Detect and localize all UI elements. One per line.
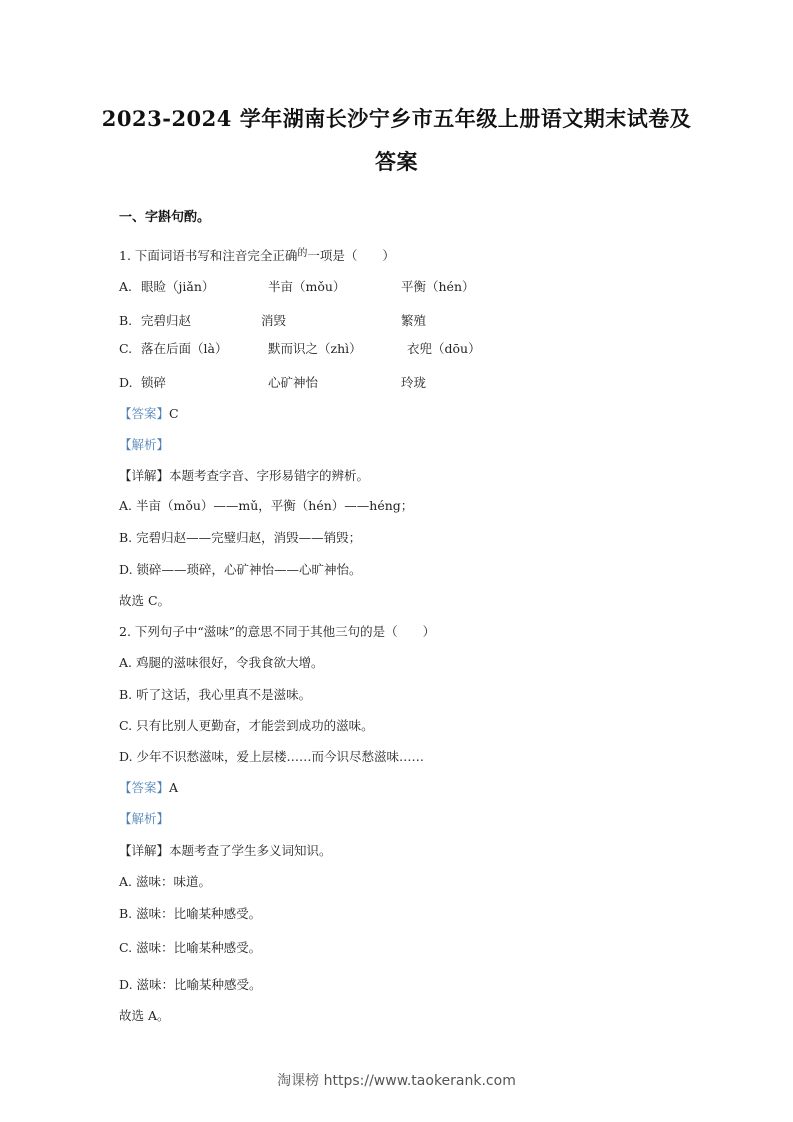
question-1-detail: 【详解】本题考查字音、字形易错字的辨析。 xyxy=(119,468,369,484)
section-heading: 一、字斟句酌。 xyxy=(119,210,210,226)
option-item: 完碧归赵 xyxy=(141,313,191,329)
option-item: 半亩（mǒu） xyxy=(268,279,345,295)
question-1-stem-tail: 一项是（ ） xyxy=(307,248,395,263)
question-2-option-c: C. 只有比别人更勤奋，才能尝到成功的滋味。 xyxy=(119,718,374,734)
question-2-analysis-tag: 【解析】 xyxy=(119,811,169,827)
option-label: C. xyxy=(119,341,132,357)
detail-tag: 【详解】 xyxy=(119,468,169,483)
option-item: 落在后面（là） xyxy=(141,341,227,357)
question-1-stem-text: 1. 下面词语书写和注音完全正确 xyxy=(119,248,297,263)
option-item: 心矿神怡 xyxy=(268,375,318,391)
question-2-stem: 2. 下列句子中“滋味”的意思不同于其他三句的是（ ） xyxy=(119,624,435,640)
answer-value: A xyxy=(169,780,178,795)
question-1-stem-sup: 的 xyxy=(297,248,307,259)
answer-value: C xyxy=(169,406,179,421)
option-item: 消毁 xyxy=(261,313,286,329)
answer-tag: 【答案】 xyxy=(119,406,169,421)
question-1-analysis-tag: 【解析】 xyxy=(119,437,169,453)
question-2-option-d: D. 少年不识愁滋味，爱上层楼……而今识尽愁滋味…… xyxy=(119,749,424,765)
detail-tag: 【详解】 xyxy=(119,843,169,858)
question-1-explanation-d: D. 锁碎——琐碎，心矿神怡——心旷神怡。 xyxy=(119,562,362,578)
document-title-line1: 2023-2024 学年湖南长沙宁乡市五年级上册语文期末试卷及 xyxy=(0,103,793,133)
document-title-line2: 答案 xyxy=(0,146,793,176)
detail-text: 本题考查了学生多义词知识。 xyxy=(169,843,332,858)
answer-tag: 【答案】 xyxy=(119,780,169,795)
option-item: 玲珑 xyxy=(401,375,426,391)
question-2-conclusion: 故选 A。 xyxy=(119,1008,170,1024)
detail-text: 本题考查字音、字形易错字的辨析。 xyxy=(169,468,369,483)
option-item: 繁殖 xyxy=(401,313,426,329)
option-label: D. xyxy=(119,375,133,391)
question-2-explanation-a: A. 滋味：味道。 xyxy=(119,874,211,890)
option-label: A. xyxy=(119,279,132,295)
option-item: 平衡（hén） xyxy=(401,279,475,295)
option-item: 眼睑（jiǎn） xyxy=(141,279,214,295)
option-item: 锁碎 xyxy=(141,375,166,391)
question-2-explanation-c: C. 滋味：比喻某种感受。 xyxy=(119,940,261,956)
question-2-explanation-b: B. 滋味：比喻某种感受。 xyxy=(119,906,261,922)
question-1-stem: 1. 下面词语书写和注音完全正确的一项是（ ） xyxy=(119,246,395,264)
option-label: B. xyxy=(119,313,132,329)
question-2-option-b: B. 听了这话，我心里真不是滋味。 xyxy=(119,687,311,703)
question-2-answer: 【答案】A xyxy=(119,780,178,796)
question-2-option-a: A. 鸡腿的滋味很好，令我食欲大增。 xyxy=(119,655,323,671)
question-1-explanation-b: B. 完碧归赵——完璧归赵，消毁——销毁； xyxy=(119,530,361,546)
question-1-answer: 【答案】C xyxy=(119,406,179,422)
question-1-explanation-a: A. 半亩（mǒu）——mǔ，平衡（hén）——héng； xyxy=(119,498,413,514)
option-item: 衣兜（dōu） xyxy=(407,341,481,357)
question-1-conclusion: 故选 C。 xyxy=(119,593,170,609)
question-2-detail: 【详解】本题考查了学生多义词知识。 xyxy=(119,843,332,859)
footer-watermark: 淘课榜 https://www.taokerank.com xyxy=(0,1070,793,1090)
option-item: 默而识之（zhì） xyxy=(268,341,362,357)
document-page: 2023-2024 学年湖南长沙宁乡市五年级上册语文期末试卷及 答案 一、字斟句… xyxy=(0,0,793,1122)
question-2-explanation-d: D. 滋味：比喻某种感受。 xyxy=(119,977,262,993)
